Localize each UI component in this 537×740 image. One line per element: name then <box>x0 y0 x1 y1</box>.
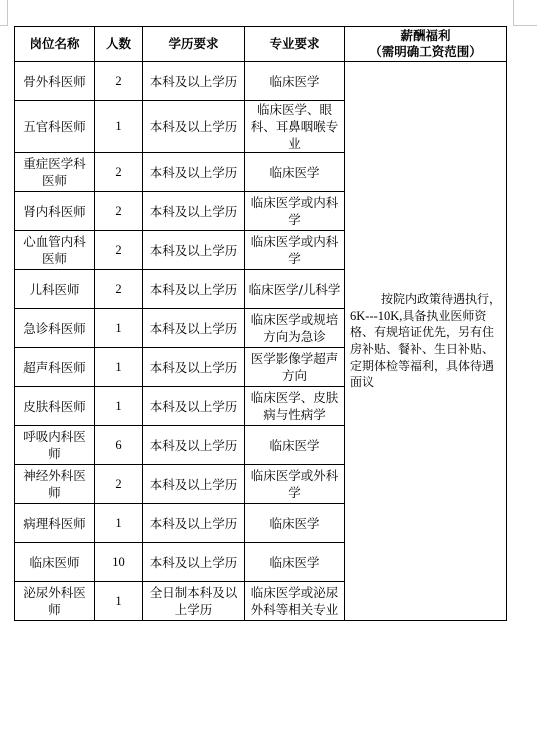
header-education: 学历要求 <box>143 27 245 62</box>
cell-position: 急诊科医师 <box>15 309 95 348</box>
cell-count: 2 <box>95 192 143 231</box>
cell-major: 临床医学 <box>245 426 345 465</box>
cell-education: 本科及以上学历 <box>143 192 245 231</box>
salary-intro: 按院内政策待遇执行， <box>381 292 501 306</box>
cell-education: 本科及以上学历 <box>143 426 245 465</box>
header-salary-title: 薪酬福利 <box>348 28 503 44</box>
cell-count: 10 <box>95 543 143 582</box>
header-salary-note: （需明确工资范围） <box>348 44 503 60</box>
cell-major: 临床医学或内科学 <box>245 231 345 270</box>
cell-education: 本科及以上学历 <box>143 465 245 504</box>
header-row: 岗位名称 人数 学历要求 专业要求 薪酬福利 （需明确工资范围） <box>15 27 507 62</box>
cell-education: 本科及以上学历 <box>143 543 245 582</box>
cell-major: 临床医学或内科学 <box>245 192 345 231</box>
cell-education: 本科及以上学历 <box>143 270 245 309</box>
cell-position: 临床医师 <box>15 543 95 582</box>
cell-position: 超声科医师 <box>15 348 95 387</box>
cell-count: 2 <box>95 153 143 192</box>
header-salary: 薪酬福利 （需明确工资范围） <box>345 27 507 62</box>
cell-education: 本科及以上学历 <box>143 62 245 101</box>
table-row: 骨外科医师 2 本科及以上学历 临床医学 按院内政策待遇执行，6K---10K,… <box>15 62 507 101</box>
cell-major: 临床医学或泌尿外科等相关专业 <box>245 582 345 621</box>
header-major: 专业要求 <box>245 27 345 62</box>
cell-major: 临床医学或规培方向为急诊 <box>245 309 345 348</box>
cell-position: 肾内科医师 <box>15 192 95 231</box>
cell-count: 1 <box>95 387 143 426</box>
cell-education: 本科及以上学历 <box>143 153 245 192</box>
cell-position: 病理科医师 <box>15 504 95 543</box>
cell-position: 儿科医师 <box>15 270 95 309</box>
cell-major: 临床医学 <box>245 153 345 192</box>
cell-education: 本科及以上学历 <box>143 231 245 270</box>
recruitment-table: 岗位名称 人数 学历要求 专业要求 薪酬福利 （需明确工资范围） 骨外科医师 2… <box>14 26 507 621</box>
cell-position: 皮肤科医师 <box>15 387 95 426</box>
cell-major: 临床医学/儿科学 <box>245 270 345 309</box>
cell-position: 呼吸内科医师 <box>15 426 95 465</box>
cell-count: 2 <box>95 270 143 309</box>
header-count: 人数 <box>95 27 143 62</box>
cell-position: 心血管内科医师 <box>15 231 95 270</box>
cell-position: 五官科医师 <box>15 101 95 153</box>
cell-count: 6 <box>95 426 143 465</box>
cell-count: 1 <box>95 309 143 348</box>
cell-education: 本科及以上学历 <box>143 348 245 387</box>
cell-major: 临床医学 <box>245 504 345 543</box>
page-corner-mark-left <box>0 0 8 26</box>
cell-position: 骨外科医师 <box>15 62 95 101</box>
cell-count: 1 <box>95 348 143 387</box>
cell-major: 临床医学、皮肤病与性病学 <box>245 387 345 426</box>
cell-major: 医学影像学超声方向 <box>245 348 345 387</box>
cell-education: 本科及以上学历 <box>143 101 245 153</box>
cell-education: 全日制本科及以上学历 <box>143 582 245 621</box>
salary-range: 6K---10K, <box>350 309 402 323</box>
cell-count: 1 <box>95 582 143 621</box>
cell-education: 本科及以上学历 <box>143 504 245 543</box>
cell-count: 2 <box>95 62 143 101</box>
cell-education: 本科及以上学历 <box>143 387 245 426</box>
cell-salary: 按院内政策待遇执行，6K---10K,具备执业医师资格、有规培证优先，另有住房补… <box>345 62 507 621</box>
cell-major: 临床医学 <box>245 543 345 582</box>
cell-major: 临床医学或外科学 <box>245 465 345 504</box>
cell-count: 2 <box>95 231 143 270</box>
cell-education: 本科及以上学历 <box>143 309 245 348</box>
cell-position: 重症医学科医师 <box>15 153 95 192</box>
cell-count: 1 <box>95 101 143 153</box>
cell-major: 临床医学、眼科、耳鼻咽喉专业 <box>245 101 345 153</box>
page-corner-mark-right <box>513 0 537 26</box>
cell-count: 1 <box>95 504 143 543</box>
cell-position: 神经外科医师 <box>15 465 95 504</box>
cell-major: 临床医学 <box>245 62 345 101</box>
cell-count: 2 <box>95 465 143 504</box>
header-position: 岗位名称 <box>15 27 95 62</box>
cell-position: 泌尿外科医师 <box>15 582 95 621</box>
